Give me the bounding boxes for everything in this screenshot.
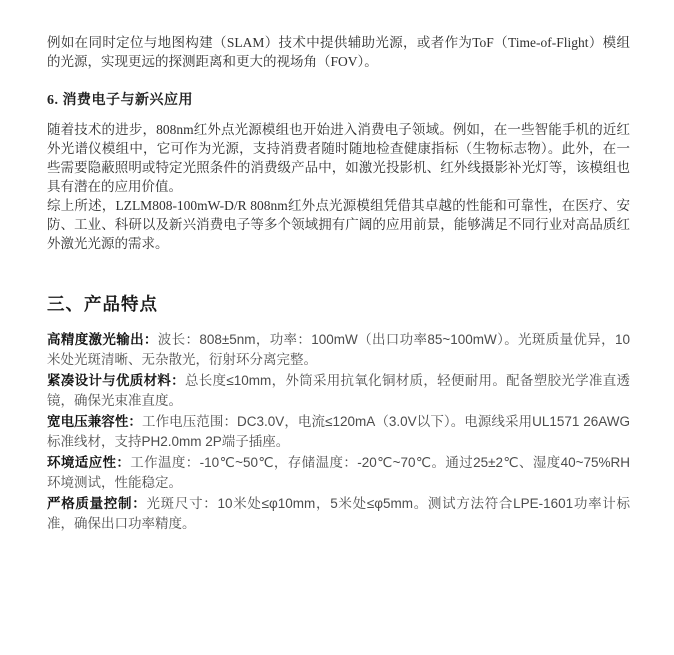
feature-label: 高精度激光输出： (47, 332, 158, 347)
document-page: 例如在同时定位与地图构建（SLAM）技术中提供辅助光源，或者作为ToF（Time… (0, 0, 674, 655)
intro-section: 例如在同时定位与地图构建（SLAM）技术中提供辅助光源，或者作为ToF（Time… (47, 33, 630, 253)
feature-item-voltage-compatibility: 宽电压兼容性：工作电压范围：DC3.0V，电流≤120mA（3.0V以下）。电源… (47, 412, 630, 452)
section6-heading: 6. 消费电子与新兴应用 (47, 91, 630, 110)
feature-item-quality-control: 严格质量控制：光斑尺寸：10米处≤φ10mm，5米处≤φ5mm。测试方法符合LP… (47, 494, 630, 534)
feature-item-laser-output: 高精度激光输出：波长：808±5nm，功率：100mW（出口功率85~100mW… (47, 330, 630, 370)
intro-paragraph: 例如在同时定位与地图构建（SLAM）技术中提供辅助光源，或者作为ToF（Time… (47, 33, 630, 71)
feature-item-environment-adaptability: 环境适应性：工作温度：-10℃~50℃，存储温度：-20℃~70℃。通过25±2… (47, 453, 630, 493)
conclusion-paragraph: 综上所述，LZLM808-100mW-D/R 808nm红外点光源模组凭借其卓越… (47, 196, 630, 253)
section6-paragraph-1: 随着技术的进步，808nm红外点光源模组也开始进入消费电子领域。例如，在一些智能… (47, 120, 630, 196)
feature-label: 宽电压兼容性： (47, 414, 142, 429)
feature-label: 环境适应性： (47, 455, 130, 470)
feature-label: 紧凑设计与优质材料： (47, 373, 185, 388)
feature-list: 高精度激光输出：波长：808±5nm，功率：100mW（出口功率85~100mW… (47, 330, 630, 534)
feature-text: 工作温度：-10℃~50℃，存储温度：-20℃~70℃。通过25±2℃、湿度40… (47, 455, 630, 490)
feature-label: 严格质量控制： (47, 496, 146, 511)
feature-item-compact-design: 紧凑设计与优质材料：总长度≤10mm，外筒采用抗氧化铜材质，轻便耐用。配备塑胶光… (47, 371, 630, 411)
section3-heading: 三、产品特点 (47, 292, 630, 316)
